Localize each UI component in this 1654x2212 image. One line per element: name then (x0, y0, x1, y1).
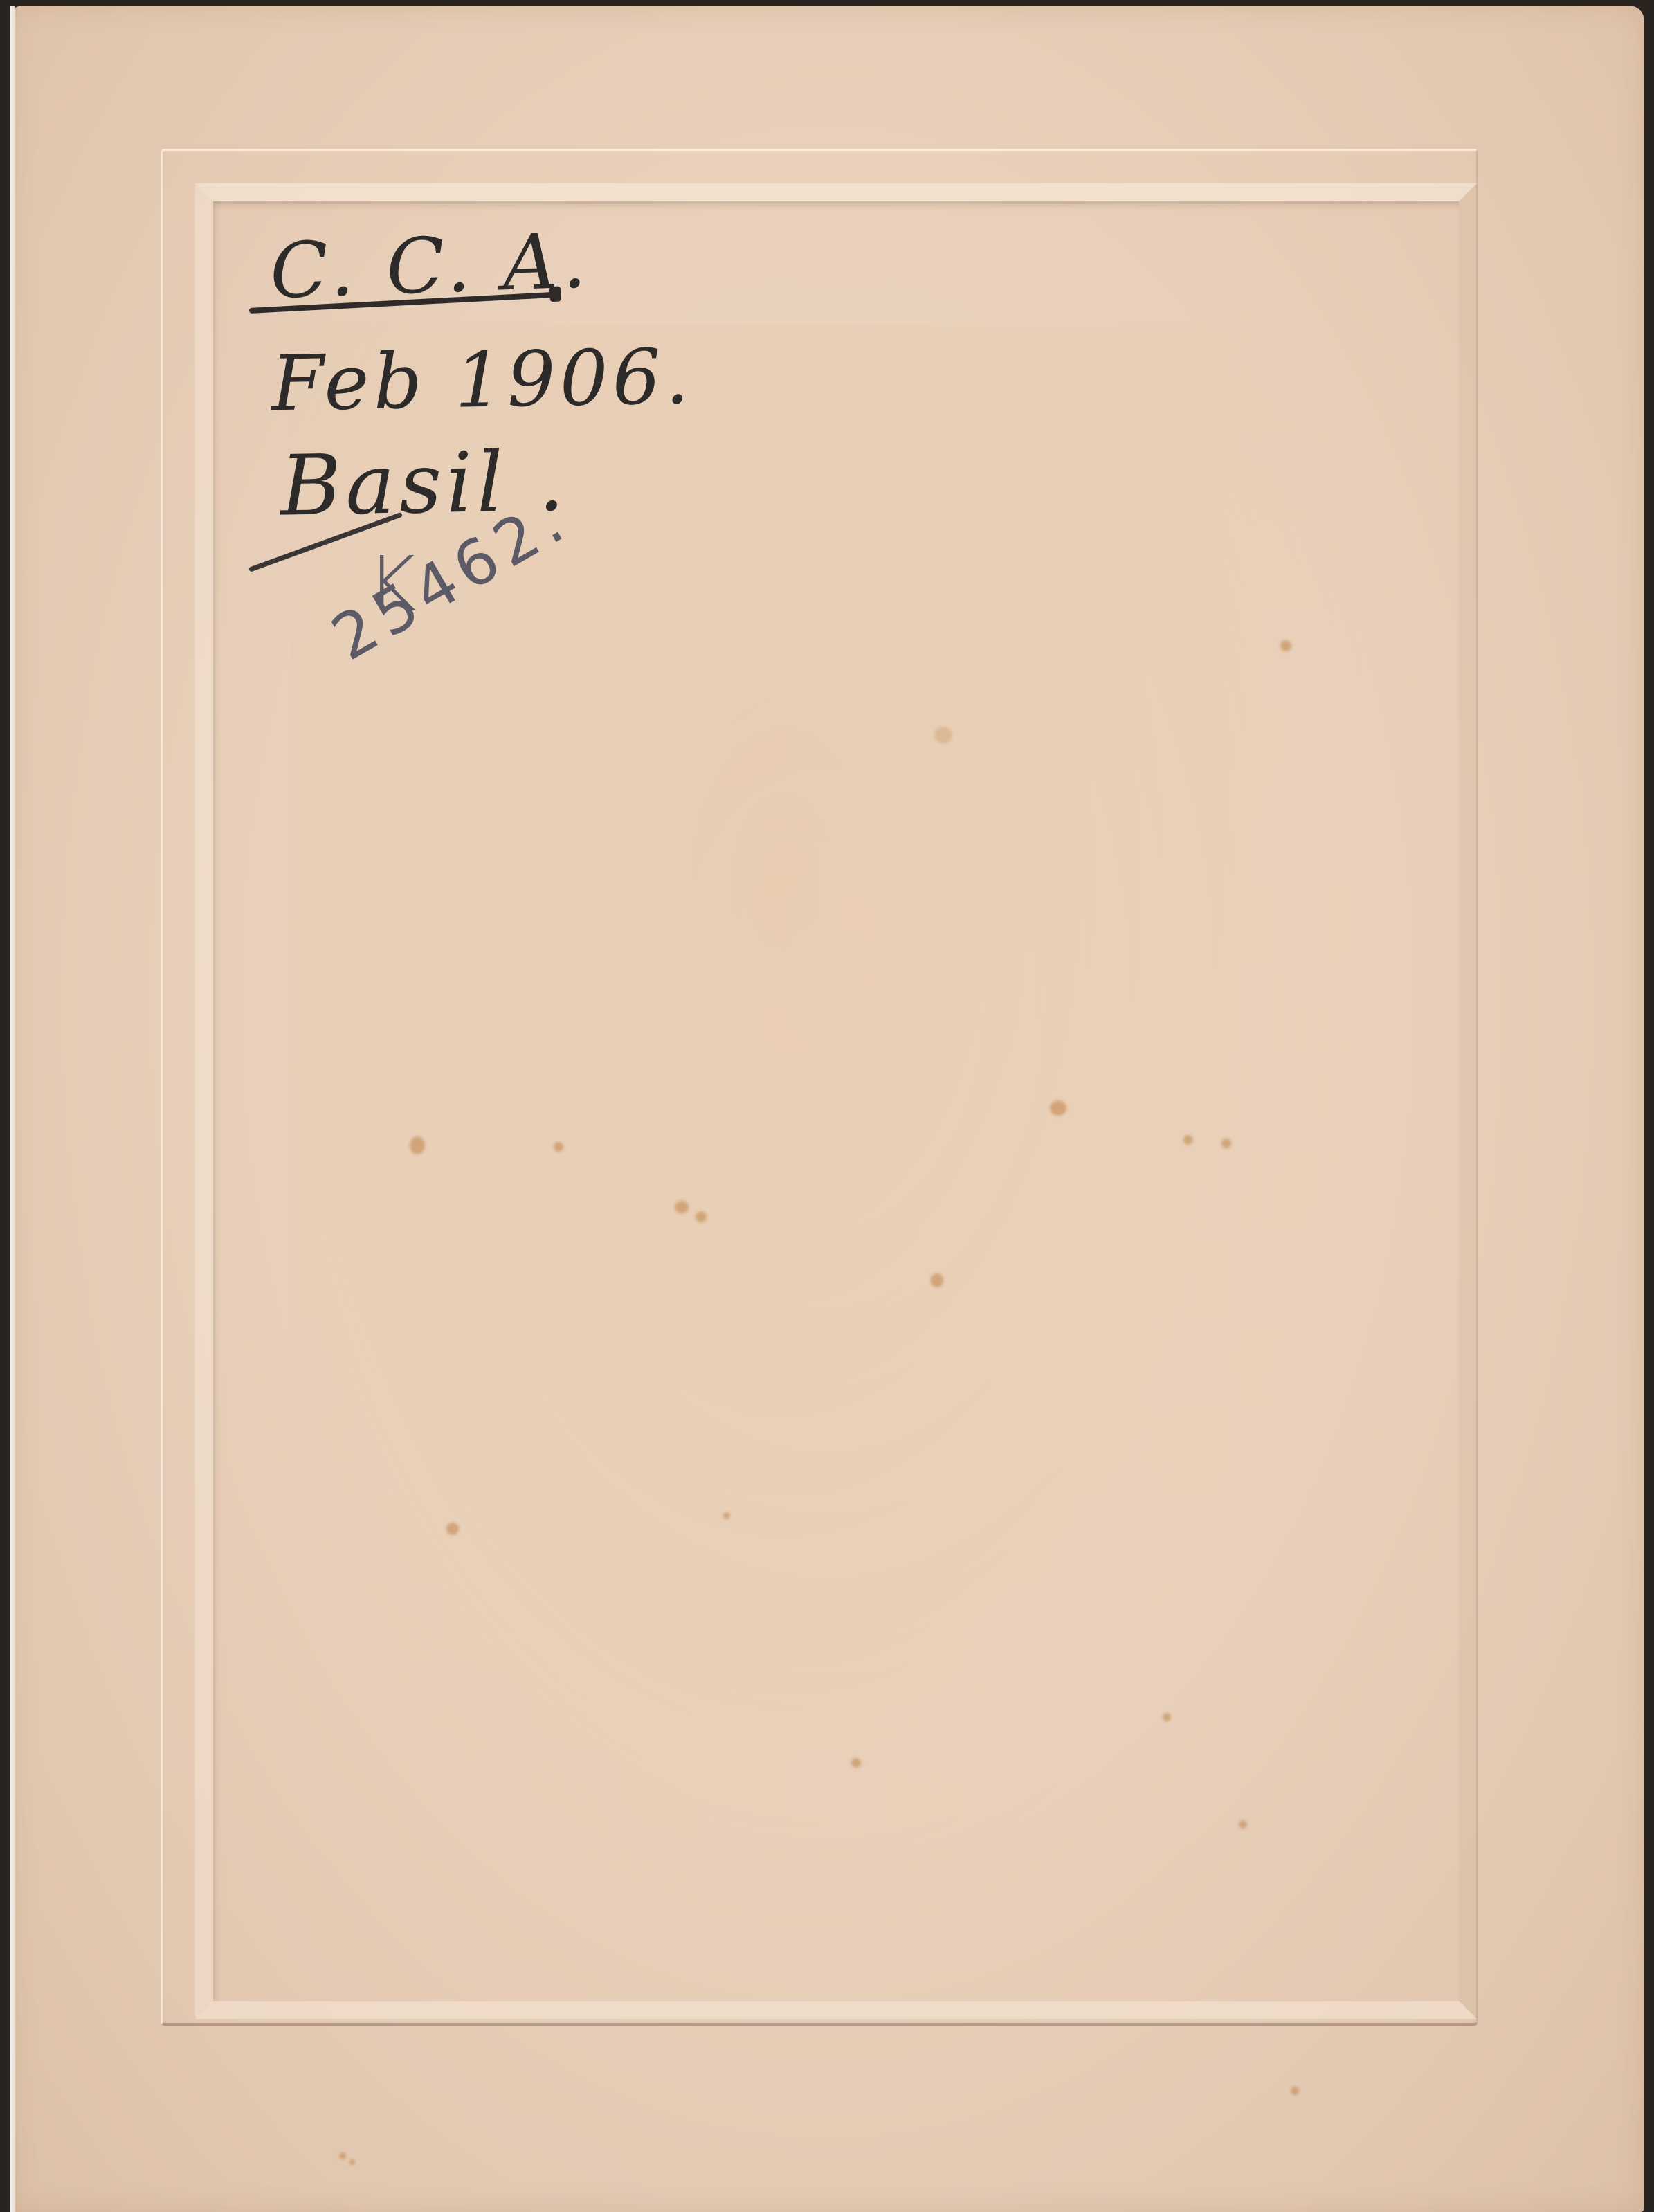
foxing-spot (934, 727, 952, 743)
foxing-spot (1239, 1820, 1247, 1829)
foxing-spot (1291, 2087, 1299, 2095)
foxing-spot (1163, 1713, 1171, 1721)
foxing-spot (1280, 640, 1291, 651)
foxing-spot (410, 1136, 425, 1154)
foxing-spot (1050, 1100, 1066, 1116)
foxing-spot (675, 1201, 689, 1213)
foxing-spot (554, 1142, 563, 1152)
foxing-spot (696, 1211, 707, 1222)
foxing-spot (349, 2159, 355, 2165)
handwritten-date: Feb 1906. (271, 332, 694, 428)
foxing-spot (446, 1523, 459, 1535)
foxing-spot (931, 1273, 943, 1287)
foxing-spot (851, 1758, 861, 1768)
card-edge (10, 6, 15, 2212)
foxing-spot (723, 1512, 730, 1519)
foxing-spot (1183, 1135, 1193, 1145)
foxing-spot (1221, 1139, 1231, 1148)
foxing-spot (339, 2152, 346, 2159)
